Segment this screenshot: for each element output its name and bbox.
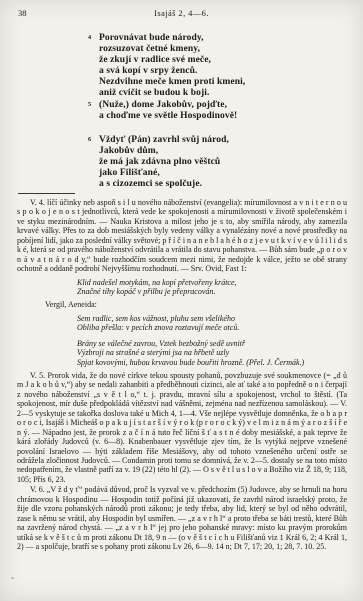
verse-text: (Nuže,) dome Jakobův, pojďte, a choďme v… <box>99 100 353 122</box>
verse-number: 5 <box>88 99 91 110</box>
verse-6: 6 Vždyť (Pán) zavrhl svůj národ, Jakobův… <box>99 135 353 190</box>
vergil-quote-2: Brány se válečné zavrou, Vztek bezbožný … <box>77 339 347 367</box>
page-title: Isajáš 2, 4—6. <box>0 8 363 18</box>
vergil-label: Vergil, Aeneida: <box>45 300 347 309</box>
scan-speck <box>11 577 14 579</box>
page-header: 38 Isajáš 2, 4—6. <box>0 8 363 20</box>
commentary-paragraph-v5: V. 5. Prorok vida, že do nové církve tek… <box>17 371 347 484</box>
verse-text: Porovnávat bude národy, rozsuzovat četné… <box>99 33 353 100</box>
verse-number: 6 <box>88 134 91 145</box>
commentary-paragraph-v6: V. 6. „V ž d y ť“ podává důvod, proč Is … <box>17 485 347 551</box>
verse-5: 5 (Nuže,) dome Jakobův, pojďte, a choďme… <box>99 100 353 122</box>
vergil-quote-1: Sem radlic, sem kos vážnost, pluhu sem v… <box>77 314 347 333</box>
page-number: 38 <box>18 8 27 18</box>
verse-block: 4 Porovnávat bude národy, rozsuzovat čet… <box>99 33 353 190</box>
ovid-quote: Klid nadešel motykám, na kopí přetvořeny… <box>77 278 347 297</box>
verse-4: 4 Porovnávat bude národy, rozsuzovat čet… <box>99 33 353 100</box>
commentary-paragraph-v4: V. 4. líčí účinky neb aspoň s i l u nové… <box>17 198 347 274</box>
verse-text: Vždyť (Pán) zavrhl svůj národ, Jakobův d… <box>99 135 353 190</box>
book-page: 38 Isajáš 2, 4—6. 4 Porovnávat bude náro… <box>0 0 363 601</box>
verse-number: 4 <box>88 32 91 43</box>
commentary-section: V. 4. líčí účinky neb aspoň s i l u nové… <box>17 198 347 552</box>
footnote-rule <box>18 193 75 194</box>
